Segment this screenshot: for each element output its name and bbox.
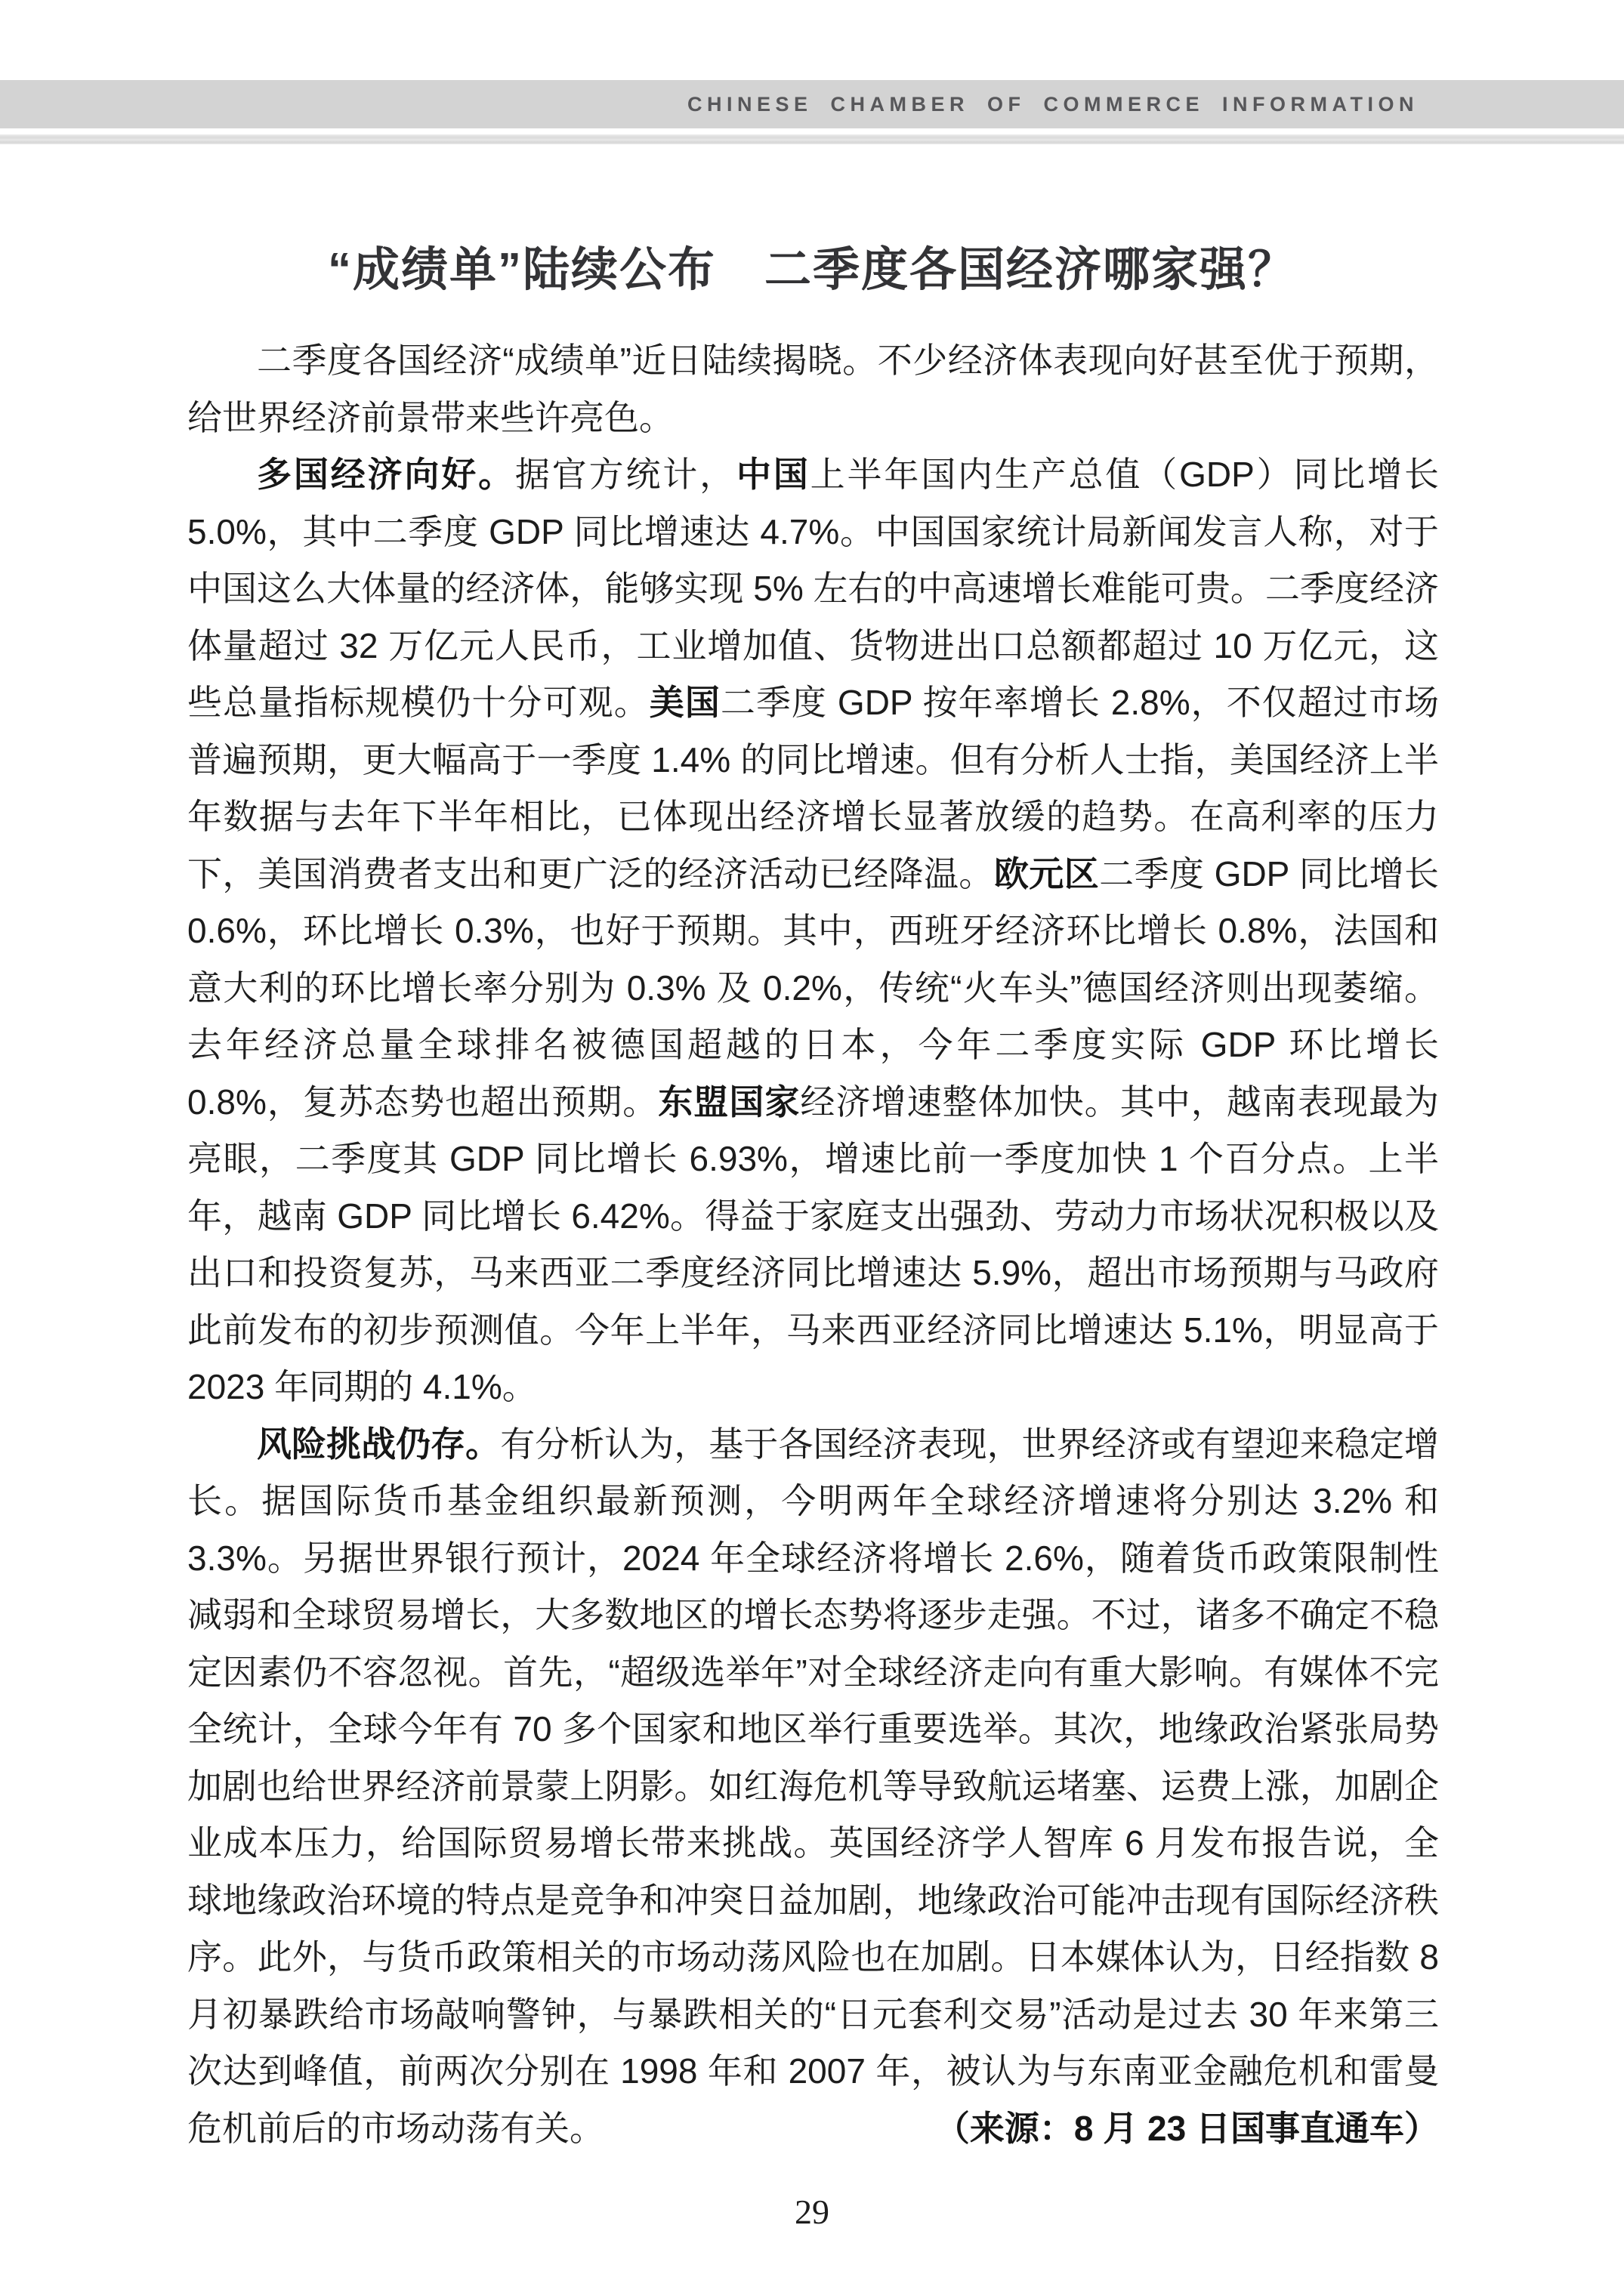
paragraph-economies-run5: 经济增速整体加快。其中，越南表现最为亮眼，二季度其 GDP 同比增长 6.93%… <box>187 1082 1439 1407</box>
paragraph-risks-run1: 有分析认为，基于各国经济表现，世界经济或有望迎来稳定增长。据国际货币基金组织最新… <box>187 1424 1439 2148</box>
paragraph-economies: 多国经济向好。据官方统计，中国上半年国内生产总值（GDP）同比增长 5.0%，其… <box>187 446 1439 1416</box>
article-title: “成绩单”陆续公布 二季度各国经济哪家强？ <box>0 237 1624 304</box>
bold-term-asean: 东盟国家 <box>658 1082 800 1122</box>
paragraph-risks: 风险挑战仍存。有分析认为，基于各国经济表现，世界经济或有望迎来稳定增长。据国际货… <box>187 1416 1439 2158</box>
bold-term-usa: 美国 <box>650 683 721 722</box>
bold-term-eurozone: 欧元区 <box>994 854 1099 893</box>
header-divider-bar <box>0 134 1624 144</box>
paragraph-intro: 二季度各国经济“成绩单”近日陆续揭晓。不少经济体表现向好甚至优于预期，给世界经济… <box>187 332 1439 446</box>
header-banner: CHINESE CHAMBER OF COMMERCE INFORMATION <box>0 80 1624 128</box>
paragraph-intro-text: 二季度各国经济“成绩单”近日陆续揭晓。不少经济体表现向好甚至优于预期，给世界经济… <box>187 341 1439 437</box>
source-attribution: （来源：8 月 23 日国事直通车） <box>917 2100 1439 2158</box>
document-page: CHINESE CHAMBER OF COMMERCE INFORMATION … <box>0 0 1624 2293</box>
paragraph-economies-lead: 多国经济向好。 <box>257 455 515 494</box>
paragraph-economies-run1: 据官方统计， <box>515 455 736 494</box>
article-body: 二季度各国经济“成绩单”近日陆续揭晓。不少经济体表现向好甚至优于预期，给世界经济… <box>187 332 1439 2157</box>
page-number: 29 <box>0 2192 1624 2232</box>
header-banner-title: CHINESE CHAMBER OF COMMERCE INFORMATION <box>687 93 1419 116</box>
bold-term-china: 中国 <box>736 455 810 494</box>
paragraph-economies-run4: 二季度 GDP 同比增长 0.6%，环比增长 0.3%，也好于预期。其中，西班牙… <box>187 854 1439 1122</box>
paragraph-economies-run2: 上半年国内生产总值（GDP）同比增长 5.0%，其中二季度 GDP 同比增速达 … <box>187 455 1439 722</box>
paragraph-risks-lead: 风险挑战仍存。 <box>257 1424 500 1464</box>
